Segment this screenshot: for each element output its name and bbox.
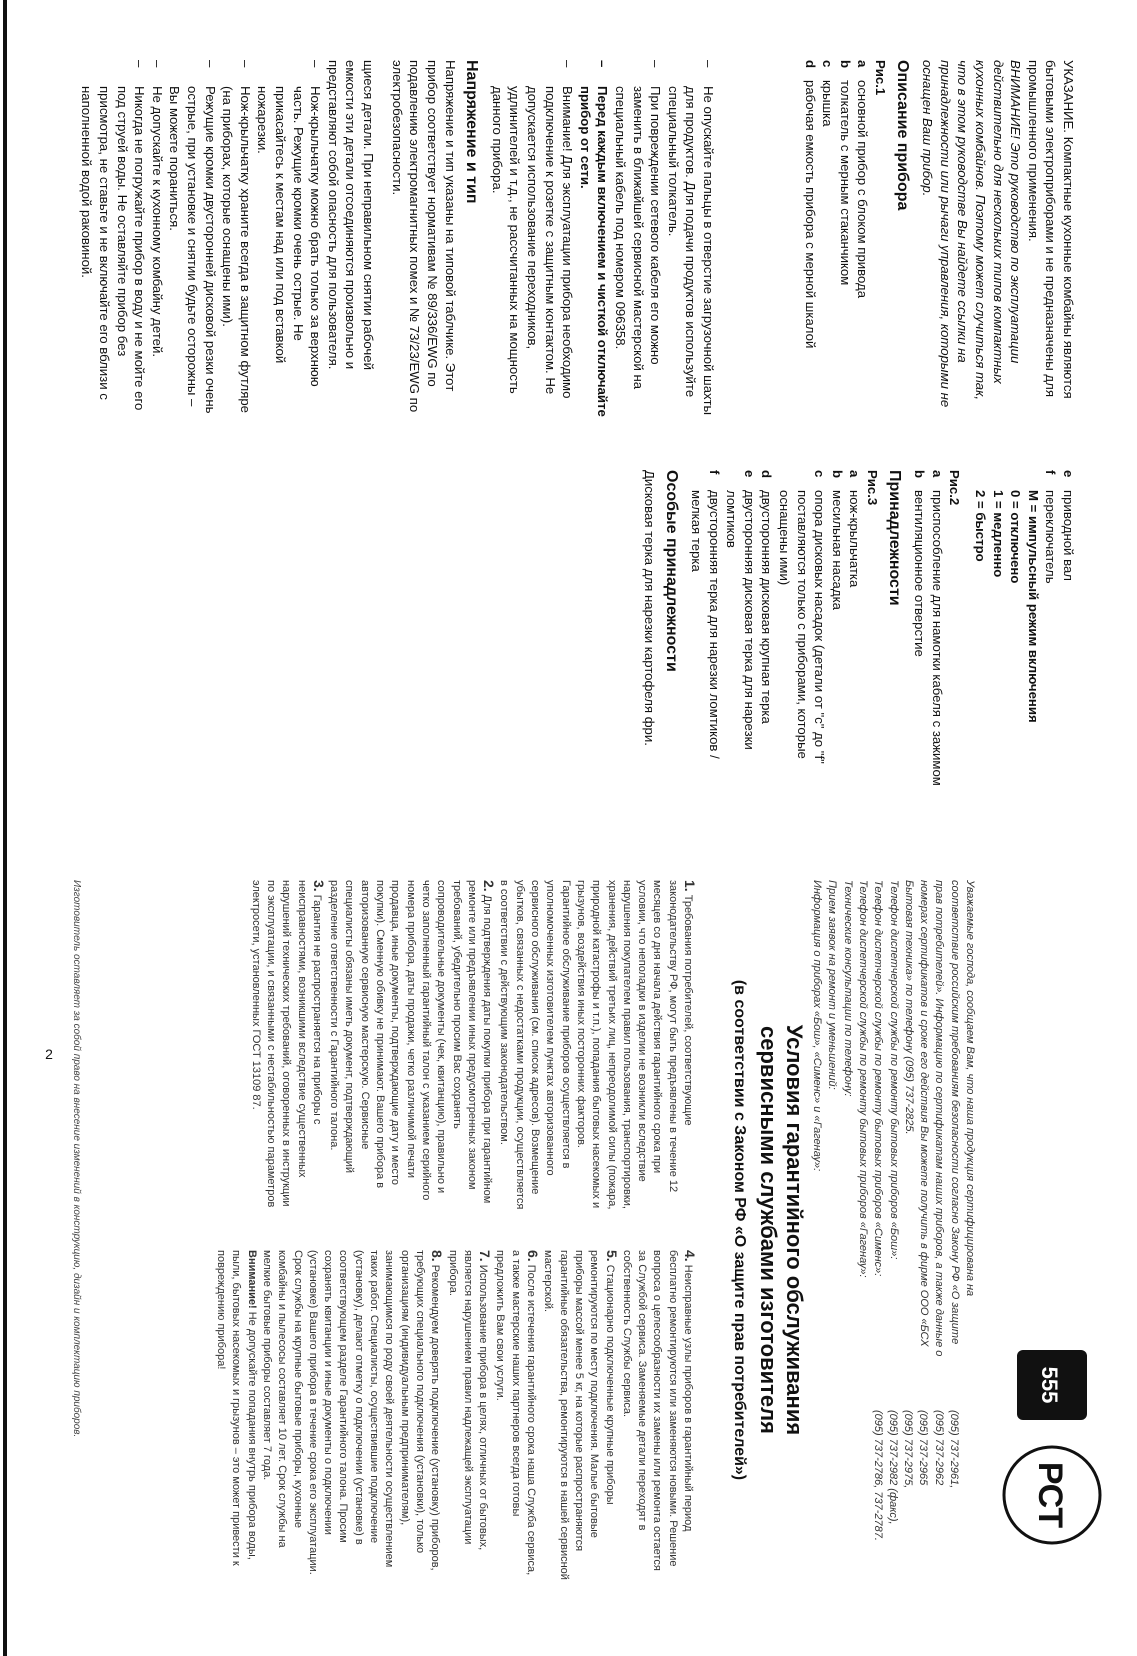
page-number: 2 <box>45 1046 53 1062</box>
svg-text:РСТ: РСТ <box>1031 1462 1069 1529</box>
fig3-item-f: fдвусторонняя терка для нарезки ломтиков… <box>688 470 723 800</box>
rst-certification-logo-icon: РСТ <box>997 1440 1107 1550</box>
bullet-4: Никогда не погружайте прибор в воду и не… <box>78 86 148 420</box>
left-col-2: УКАЗАНИЕ. Компактные кухонные комбайны я… <box>801 60 1077 410</box>
description-heading: Описание прибора <box>893 60 911 410</box>
bullet-8: Внимание! Для эксплуатации прибора необх… <box>488 86 576 420</box>
warranty-col-1: 1. Требования потребителей, соответствую… <box>247 880 697 1210</box>
special-accessories-text: Дисковая терка для нарезки картофеля фри… <box>640 470 658 800</box>
warranty-title-line2: сервисными службами изготовителя <box>755 880 781 1580</box>
svg-text:555: 555 <box>1037 1367 1062 1404</box>
fig2-item-a: aприспособление для намотки кабеля с заж… <box>928 470 946 800</box>
fig3-item-e: eдвусторонняя дисковая терка для нарезки… <box>723 470 758 800</box>
contact-phones: (095) 737-2961, (095) 737-2962 (095) 737… <box>869 1410 961 1630</box>
consumer-association-logo-icon: 555 <box>1007 1340 1097 1430</box>
fig1-item-c: cкрышка <box>819 60 837 410</box>
fig2-label: Рис.2 <box>946 470 964 800</box>
switch-mode-3: 2 = быстро <box>971 490 989 800</box>
warranty-col-2: 4. Неисправные узлы приборов в гарантийн… <box>213 1250 697 1580</box>
fig1-label: Рис.1 <box>871 60 889 410</box>
attention-text: ВНИМАНИЕ! Это руководство по эксплуатаци… <box>919 60 1025 410</box>
fig3-item-a: aнож-крыльчатка <box>846 470 864 800</box>
fig3-label: Рис.3 <box>863 470 881 800</box>
contact-5-label: Информация о приборах «Бош», «Сименс» и … <box>809 880 824 1370</box>
bullet-3: Не допускайте к кухонному комбайну детей… <box>148 86 166 420</box>
switch-mode-2: 1 = медленно <box>989 490 1007 800</box>
contact-2-label: Телефон диспетчерской службы по ремонту … <box>855 880 870 1370</box>
bullet-6: При повреждении сетевого кабеля его можн… <box>611 86 664 420</box>
left-col-1: щиеся детали. При неправильном снятии ра… <box>78 60 377 420</box>
bullet-7: Перед каждым включением и чисткой отключ… <box>576 86 611 420</box>
fig3-item-c: cопора дисковых насадок (детали от "c" д… <box>776 470 829 800</box>
switch-mode-0: M = импульсный режим включения <box>1024 490 1042 800</box>
fig3-item-b: bмесильная насадка <box>828 470 846 800</box>
page-edge-rule <box>3 0 7 1656</box>
fig2-item-b: bвентиляционное отверстие <box>911 470 929 800</box>
warranty-footnote: Изготовитель оставляет за собой право на… <box>71 880 82 1600</box>
special-accessories-heading: Особые принадлежности <box>662 470 680 800</box>
warranty-title: Условия гарантийного обслуживания сервис… <box>729 880 807 1580</box>
fig3-item-d: dдвусторонняя дисковая крупная терка <box>758 470 776 800</box>
voltage-heading: Напряжение и тип <box>463 60 481 420</box>
fig1-item-e: eприводной вал <box>1059 470 1077 800</box>
intro-continuation: щиеся детали. При неправильном снятии ра… <box>324 60 377 420</box>
warranty-intro: Уважаемые господа, сообщаем Вам, что наш… <box>809 880 977 1370</box>
note-text: УКАЗАНИЕ. Компактные кухонные комбайны я… <box>1024 60 1077 410</box>
contact-4-label: Прием заявок на ремонт и уменьшений: <box>824 880 839 1370</box>
contact-3-label: Технические консультации по телефону: <box>839 880 854 1370</box>
contact-0-label: Телефон диспетчерской службы по ремонту … <box>885 880 900 1370</box>
fig1-item-d: dрабочая емкость прибора с мерной шкалой <box>801 60 819 410</box>
accessories-heading: Принадлежности <box>885 470 903 800</box>
rotated-document-page: щиеся детали. При неправильном снятии ра… <box>0 0 1137 1656</box>
bullet-1: Нож-крыльчатку храните всегда в защитном… <box>219 86 254 420</box>
bullet-2: Режущие кромки двусторонней дисковой рез… <box>166 86 219 420</box>
fig1-item-f: fпереключатель <box>1042 470 1060 800</box>
fig1-item-b: bтолкатель с мерным стаканчиком <box>836 60 854 410</box>
fig1-item-a: aосновной прибор с блоком привода <box>854 60 872 410</box>
warranty-subtitle: (в соответствии с Законом РФ «О защите п… <box>729 880 749 1580</box>
bullet-5: Не опускайте пальцы в отверстие загрузоч… <box>664 86 717 420</box>
contact-1-label: Телефон диспетчерской службы по ремонту … <box>870 880 885 1370</box>
left-col-2b: eприводной вал fпереключатель M = импуль… <box>640 470 1077 800</box>
voltage-text: Напряжение и тип указаны на типовой табл… <box>388 60 458 420</box>
bullet-0: Нож-крыльчатку можно брать только за вер… <box>254 86 324 420</box>
warranty-title-line1: Условия гарантийного обслуживания <box>781 880 807 1580</box>
switch-mode-1: 0 = отключено <box>1007 490 1025 800</box>
left-col-1b: Не опускайте пальцы в отверстие загрузоч… <box>388 60 717 420</box>
